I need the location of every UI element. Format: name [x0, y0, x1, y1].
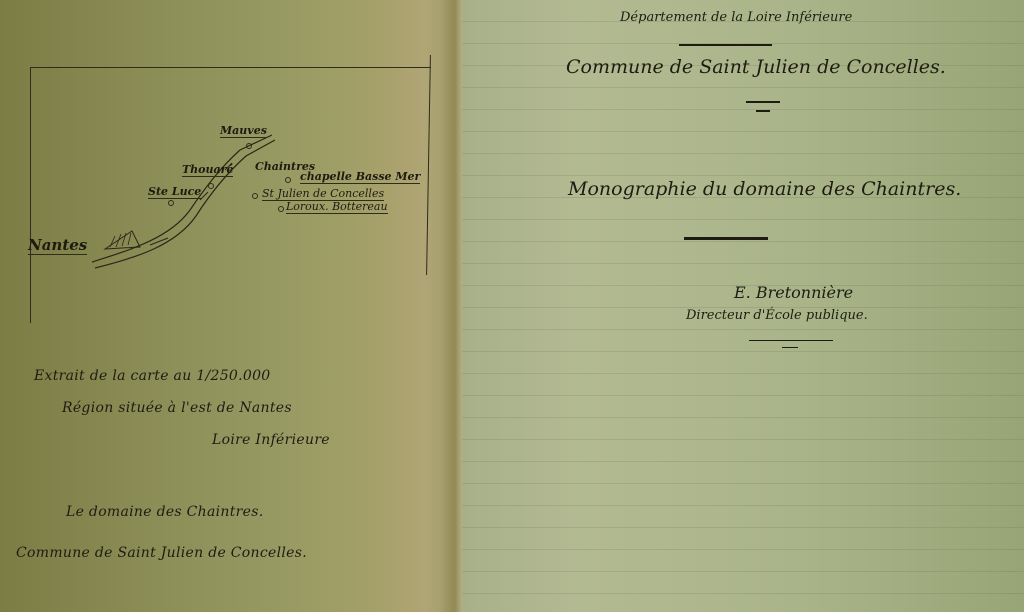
- divider: [782, 347, 798, 348]
- map-label-nantes: Nantes: [28, 236, 87, 255]
- map-caption-department: Loire Inférieure: [212, 432, 330, 448]
- map-label-st-julien: St Julien de Concelles: [262, 187, 384, 201]
- map-caption-extract: Extrait de la carte au 1/250.000: [34, 368, 270, 384]
- town-marker: [278, 206, 284, 212]
- commune-heading: Commune de Saint Julien de Concelles.: [566, 56, 946, 78]
- town-marker: [208, 183, 214, 189]
- ruled-lines: [462, 0, 1024, 612]
- department-heading: Département de la Loire Inférieure: [620, 10, 852, 25]
- author-name: E. Bretonnière: [734, 283, 853, 302]
- map-label-loroux-bottereau: Loroux. Bottereau: [286, 200, 388, 214]
- divider: [746, 101, 780, 103]
- divider: [756, 110, 770, 112]
- divider: [684, 237, 768, 240]
- map-caption-region: Région située à l'est de Nantes: [62, 400, 292, 416]
- town-marker: [252, 193, 258, 199]
- left-page: Nantes Ste Luce Thouaré Mauves Chaintres…: [0, 0, 462, 612]
- town-marker: [285, 177, 291, 183]
- commune-name: Commune de Saint Julien de Concelles.: [16, 545, 307, 561]
- map-label-mauves: Mauves: [220, 124, 267, 138]
- map-label-st-luce: Ste Luce: [148, 185, 201, 199]
- right-page: Département de la Loire Inférieure Commu…: [462, 0, 1024, 612]
- town-marker: [168, 200, 174, 206]
- author-role: Directeur d'École publique.: [686, 308, 868, 323]
- divider: [679, 44, 772, 46]
- map-label-thouare: Thouaré: [182, 163, 233, 177]
- divider: [749, 340, 833, 341]
- map-label-chapelle-basse-mer: chapelle Basse Mer: [300, 170, 420, 184]
- town-marker: [246, 143, 252, 149]
- domain-name: Le domaine des Chaintres.: [66, 504, 263, 520]
- monograph-title: Monographie du domaine des Chaintres.: [568, 178, 961, 200]
